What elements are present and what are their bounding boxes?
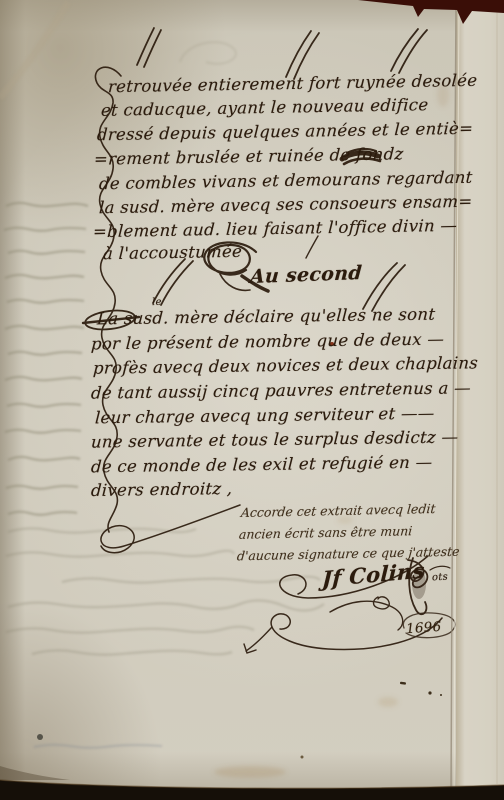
binding-edge-bottom — [0, 780, 504, 800]
binding-edge-top — [358, 0, 504, 24]
binding-edges — [0, 0, 504, 800]
manuscript-photo: retrouvée entierement fort ruynée desolé… — [0, 0, 504, 800]
